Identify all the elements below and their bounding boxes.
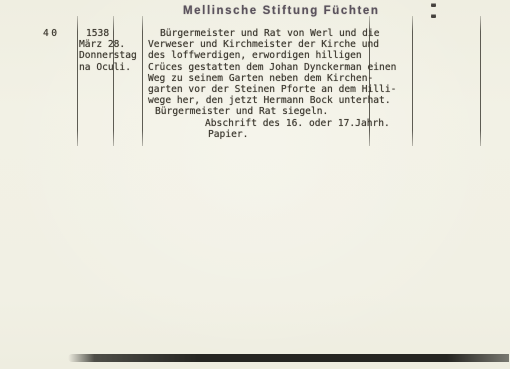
column-rule-line: [77, 16, 78, 146]
regest-line: des loffwerdigen, erwordigen hilligen: [148, 50, 420, 61]
regest-line: Crüces gestatten dem Johan Dynckerman ei…: [148, 62, 420, 73]
regest-line: Papier.: [148, 129, 420, 140]
date-line: Donnerstag: [79, 50, 145, 61]
regest-line: Bürgermeister und Rat siegeln.: [148, 106, 420, 117]
regest-line: Abschrift des 16. oder 17.Jahrh.: [148, 118, 420, 129]
archive-stamp-text: Mellinsche Stiftung Füchten: [183, 5, 380, 17]
staple-mark-icon: [431, 14, 436, 18]
regest-line: garten vor der Steinen Pforte an dem Hil…: [148, 84, 420, 95]
regest-line: Verweser und Kirchmeister der Kirche und: [148, 39, 420, 50]
photo-bottom-strip: [0, 361, 510, 369]
date-line: na Oculi.: [79, 62, 145, 73]
column-rule-line: [480, 16, 481, 146]
regest-line: wege her, den jetzt Hermann Bock unterha…: [148, 95, 420, 106]
date-line: März 28.: [79, 39, 145, 50]
regest-line: Bürgermeister und Rat von Werl und die: [148, 28, 420, 39]
entry-number: 40: [43, 28, 60, 39]
regest-text-block: Bürgermeister und Rat von Werl und die V…: [148, 28, 420, 140]
date-line: 1538: [79, 28, 145, 39]
staple-mark-icon: [431, 3, 436, 7]
date-column: 1538 März 28. Donnerstag na Oculi.: [79, 28, 145, 73]
scanned-archive-card: Mellinsche Stiftung Füchten 40 1538 März…: [0, 0, 510, 369]
regest-line: Weg zu seinem Garten neben dem Kirchen-: [148, 73, 420, 84]
